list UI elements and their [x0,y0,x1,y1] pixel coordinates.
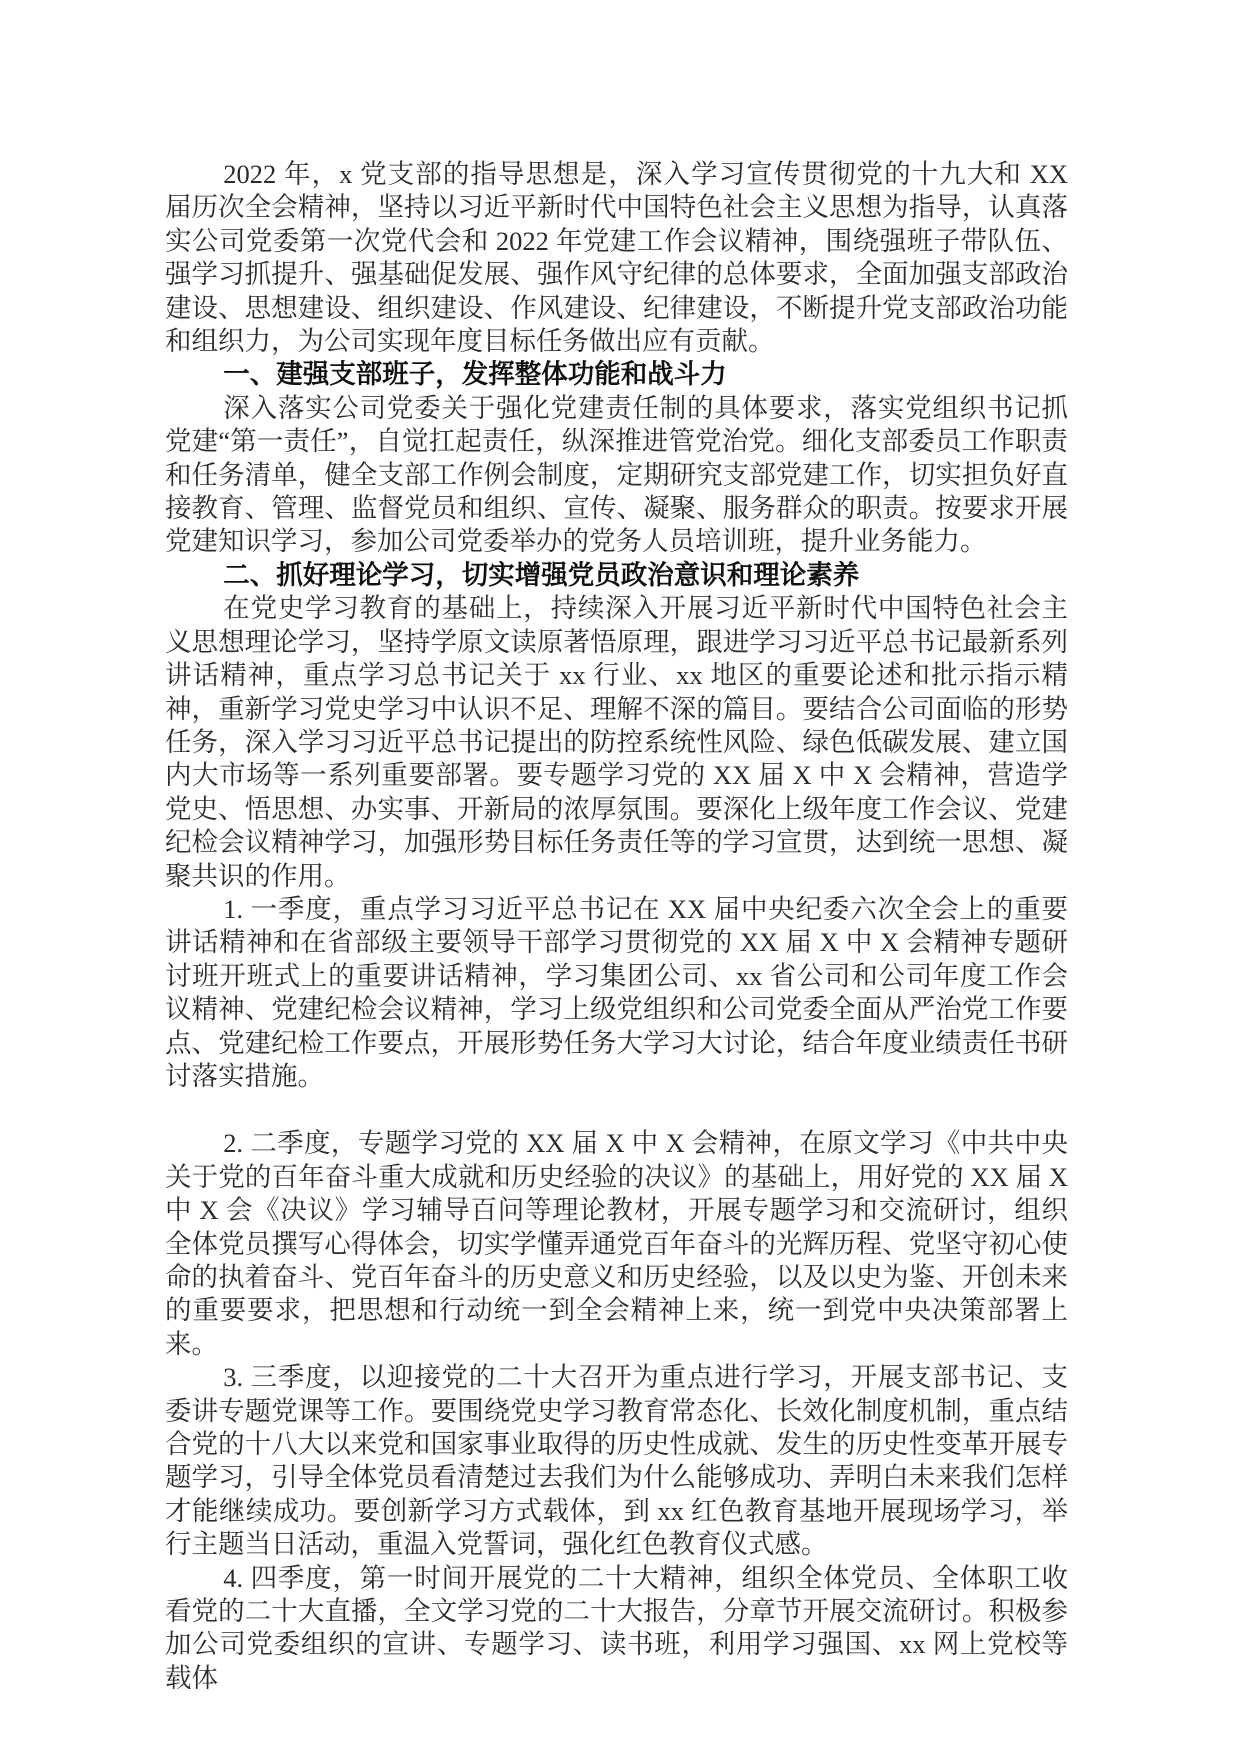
document-content: 2022 年，x 党支部的指导思想是，深入学习宣传贯彻党的十九大和 XX 届历次… [165,158,1068,1695]
section-heading-1: 一、建强支部班子，发挥整体功能和战斗力 [165,358,1068,391]
paragraph-quarter-4: 4. 四季度，第一时间开展党的二十大精神，组织全体党员、全体职工收看党的二十大直… [165,1562,1068,1696]
paragraph-quarter-1: 1. 一季度，重点学习习近平总书记在 XX 届中央纪委六次全会上的重要讲话精神和… [165,893,1068,1093]
paragraph-opening: 2022 年，x 党支部的指导思想是，深入学习宣传贯彻党的十九大和 XX 届历次… [165,158,1068,358]
section-heading-2: 二、抓好理论学习，切实增强党员政治意识和理论素养 [165,559,1068,592]
document-page: 2022 年，x 党支部的指导思想是，深入学习宣传贯彻党的十九大和 XX 届历次… [0,0,1240,1754]
paragraph-quarter-2: 2. 二季度，专题学习党的 XX 届 X 中 X 会精神，在原文学习《中共中央关… [165,1127,1068,1361]
paragraph-quarter-3: 3. 三季度，以迎接党的二十大召开为重点进行学习，开展支部书记、支委讲专题党课等… [165,1361,1068,1561]
paragraph-section-1: 深入落实公司党委关于强化党建责任制的具体要求，落实党组织书记抓党建“第一责任”，… [165,392,1068,559]
paragraph-section-2-intro: 在党史学习教育的基础上，持续深入开展习近平新时代中国特色社会主义思想理论学习，坚… [165,592,1068,893]
